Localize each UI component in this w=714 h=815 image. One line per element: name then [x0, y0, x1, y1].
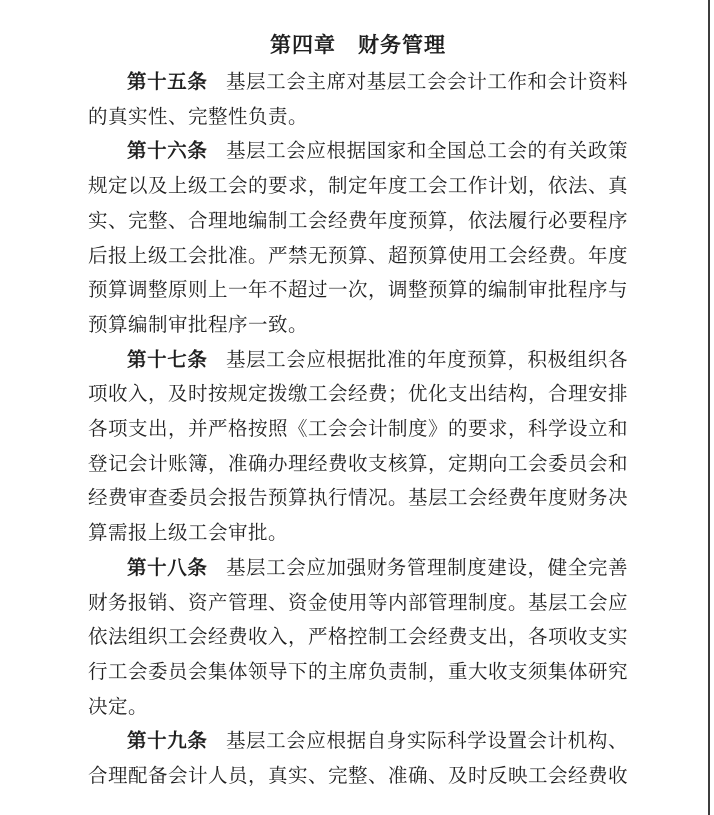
chapter-title: 第四章 财务管理: [88, 26, 628, 64]
article-18-text: 基层工会应加强财务管理制度建设，健全完善财务报销、资产管理、资金使用等内部管理制…: [88, 558, 628, 718]
article-15: 第十五条基层工会主席对基层工会会计工作和会计资料的真实性、完整性负责。: [88, 66, 628, 135]
article-15-number: 第十五条: [127, 72, 207, 93]
article-16: 第十六条基层工会应根据国家和全国总工会的有关政策规定以及上级工会的要求，制定年度…: [88, 135, 628, 343]
article-19: 第十九条基层工会应根据自身实际科学设置会计机构、合理配备会计人员，真实、完整、准…: [88, 725, 628, 794]
article-17-text: 基层工会应根据批准的年度预算，积极组织各项收入，及时按规定拨缴工会经费；优化支出…: [88, 350, 628, 545]
article-17: 第十七条基层工会应根据批准的年度预算，积极组织各项收入，及时按规定拨缴工会经费；…: [88, 344, 628, 552]
page-edge-line: [708, 0, 710, 815]
article-17-number: 第十七条: [127, 350, 207, 371]
document-body: 第四章 财务管理 第十五条基层工会主席对基层工会会计工作和会计资料的真实性、完整…: [88, 0, 628, 795]
article-16-text: 基层工会应根据国家和全国总工会的有关政策规定以及上级工会的要求，制定年度工会工作…: [88, 141, 628, 336]
document-page: 第四章 财务管理 第十五条基层工会主席对基层工会会计工作和会计资料的真实性、完整…: [0, 0, 714, 815]
article-19-number: 第十九条: [127, 731, 207, 752]
article-18: 第十八条基层工会应加强财务管理制度建设，健全完善财务报销、资产管理、资金使用等内…: [88, 552, 628, 726]
article-18-number: 第十八条: [127, 558, 207, 579]
article-16-number: 第十六条: [127, 141, 207, 162]
